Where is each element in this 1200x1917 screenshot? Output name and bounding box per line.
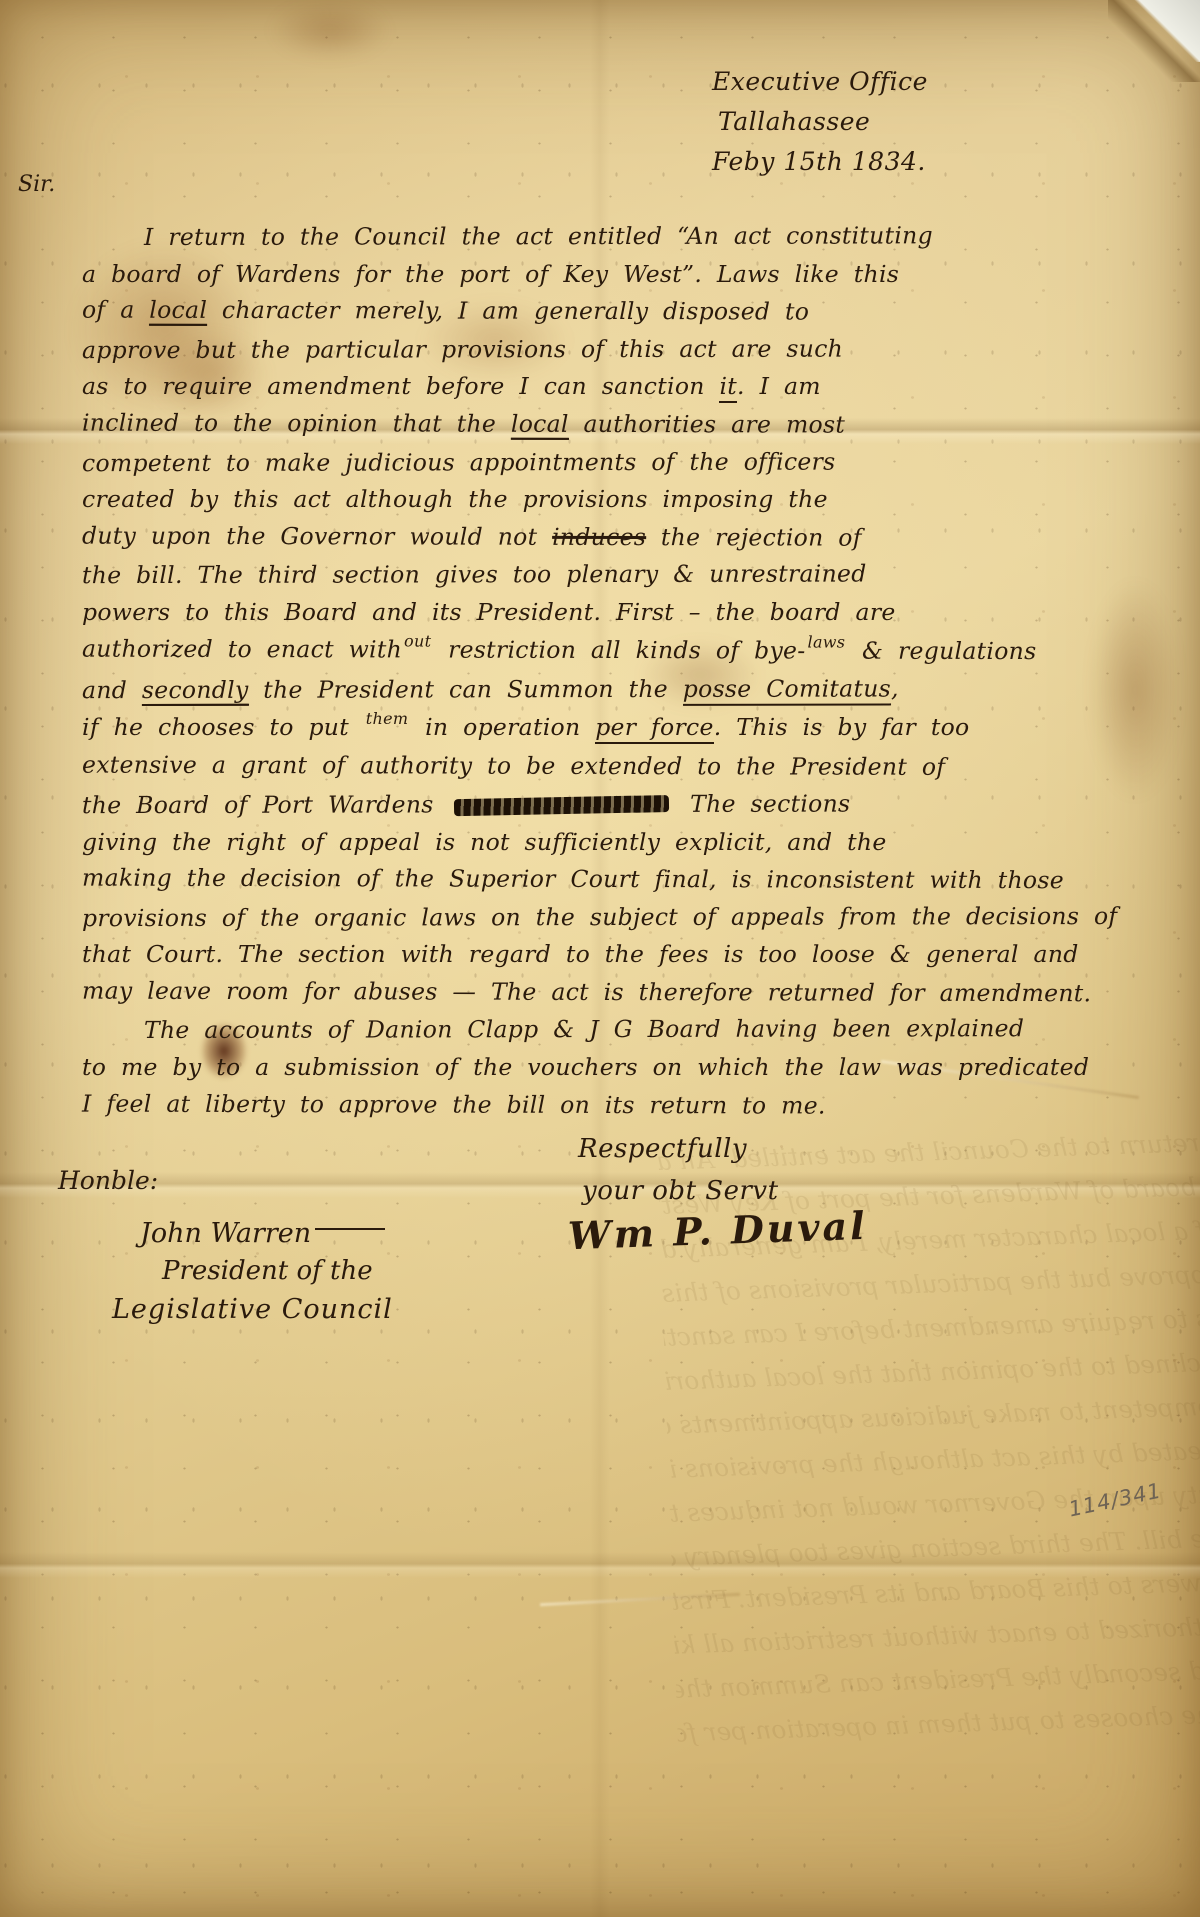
- letter-line: that Court. The section with regard to t…: [82, 936, 1162, 974]
- letter-text-segment: a board of Wardens for the port of Key W…: [82, 260, 899, 288]
- letter-text-segment: local: [511, 410, 569, 440]
- letter-text-segment: posse Comitatus: [683, 675, 891, 706]
- letter-text-segment: as to require amendment before I can san…: [82, 372, 719, 400]
- addressee-name: John Warren: [140, 1218, 385, 1249]
- letter-line: duty upon the Governor would not induces…: [82, 517, 1162, 557]
- letter-text-segment: created by this act although the provisi…: [82, 485, 828, 513]
- letter-text-segment: it: [719, 372, 737, 403]
- letter-text-segment: competent to make judicious appointments…: [82, 447, 836, 477]
- closing-respectfully: Respectfully: [578, 1128, 779, 1170]
- letterhead-date: Feby 15th 1834.: [712, 142, 928, 182]
- letter-text-segment: per force: [595, 713, 714, 744]
- letter-text-segment: that Court. The section with regard to t…: [82, 940, 1079, 968]
- letter-text-segment: the President can Summon the: [248, 675, 682, 704]
- letter-text-segment: the rejection of: [646, 523, 862, 552]
- letter-line: competent to make judicious appointments…: [82, 442, 1162, 482]
- letter-text-segment: & regulations: [847, 636, 1036, 664]
- letter-text-segment: induces: [552, 523, 646, 551]
- letter-line: inclined to the opinion that the local a…: [82, 405, 1162, 445]
- struck-out-illegible-text: [454, 795, 669, 816]
- stain: [270, 0, 390, 60]
- letter-text-segment: the bill. The third section gives too pl…: [82, 560, 867, 590]
- document-photo: I return to the Council the act entitled…: [0, 0, 1200, 1917]
- letter-text-segment: to me by to a submission of the vouchers…: [82, 1053, 1089, 1081]
- addressee-title-line1: President of the: [162, 1256, 373, 1286]
- letter-text-segment: extensive a grant of authority to be ext…: [82, 751, 945, 781]
- letter-body: I return to the Council the act entitled…: [82, 218, 1162, 1124]
- letter-text-segment: restriction all kinds of bye-: [433, 635, 805, 664]
- letter-line: may leave room for abuses — The act is t…: [82, 972, 1162, 1012]
- letter-line: a board of Wardens for the port of Key W…: [82, 256, 1162, 294]
- letter-text-segment: the Board of Port Wardens: [82, 790, 448, 819]
- letter-line: provisions of the organic laws on the su…: [82, 898, 1162, 938]
- letterhead-office: Executive Office: [712, 62, 928, 102]
- letter-line: the bill. The third section gives too pl…: [82, 555, 1162, 595]
- letter-text-segment: local: [149, 296, 207, 326]
- letter-text-segment: ,: [891, 675, 899, 703]
- letter-text-segment: out: [404, 631, 431, 650]
- letterhead-city: Tallahassee: [712, 102, 928, 142]
- letter-text-segment: I return to the Council the act entitled…: [144, 221, 933, 251]
- letter-text-segment: in operation: [410, 713, 595, 741]
- letter-text-segment: authorities are most: [569, 410, 845, 439]
- letter-line: The accounts of Danion Clapp & J G Board…: [82, 1010, 1162, 1050]
- letter-line: giving the right of appeal is not suffic…: [82, 824, 1162, 862]
- letter-line: if he chooses to put them in operation p…: [82, 709, 1162, 749]
- letter-text-segment: giving the right of appeal is not suffic…: [82, 828, 887, 856]
- salutation: Sir.: [18, 172, 55, 197]
- letter-text-segment: The sections: [675, 789, 850, 817]
- closing-block: Respectfully your obt Servt: [578, 1128, 779, 1212]
- letter-line: authorized to enact without restriction …: [82, 630, 1162, 672]
- letter-text-segment: I feel at liberty to approve the bill on…: [82, 1089, 826, 1119]
- letter-text-segment: them: [366, 709, 409, 728]
- letter-text-segment: laws: [808, 632, 846, 651]
- letter-text-segment: making the decision of the Superior Cour…: [82, 864, 1064, 895]
- letterhead: Executive Office Tallahassee Feby 15th 1…: [712, 62, 928, 182]
- letter-text-segment: and: [82, 676, 142, 704]
- letter-text-segment: secondly: [142, 676, 249, 706]
- letter-line: the Board of Port Wardens The sections: [82, 785, 1162, 825]
- letter-line: I feel at liberty to approve the bill on…: [82, 1085, 1162, 1125]
- letter-text-segment: may leave room for abuses — The act is t…: [82, 976, 1091, 1007]
- letter-text-segment: authorized to enact with: [82, 634, 402, 663]
- letter-line: powers to this Board and its President. …: [82, 594, 1162, 632]
- letter-text-segment: approve but the particular provisions of…: [82, 334, 843, 364]
- letter-text-segment: character merely, I am generally dispose…: [207, 296, 809, 326]
- letter-text-segment: . This is by far too: [714, 713, 970, 741]
- letter-line: I return to the Council the act entitled…: [82, 217, 1162, 257]
- letter-text-segment: if he chooses to put: [82, 713, 364, 741]
- addressee-honorific: Honble:: [58, 1166, 158, 1195]
- addressee-title-line2: Legislative Council: [112, 1294, 393, 1325]
- letter-line: and secondly the President can Summon th…: [82, 670, 1162, 710]
- letter-text-segment: . I am: [737, 372, 821, 400]
- closing-servant: your obt Servt: [578, 1170, 779, 1212]
- letter-text-segment: of a: [82, 296, 149, 324]
- letter-text-segment: powers to this Board and its President. …: [82, 598, 896, 626]
- letter-line: to me by to a submission of the vouchers…: [82, 1049, 1162, 1087]
- letter-line: making the decision of the Superior Cour…: [82, 860, 1162, 900]
- letter-text-segment: provisions of the organic laws on the su…: [82, 902, 1117, 932]
- letter-line: extensive a grant of authority to be ext…: [82, 747, 1162, 787]
- corner-fold: [1130, 0, 1200, 62]
- letter-line: of a local character merely, I am genera…: [82, 292, 1162, 332]
- letter-line: created by this act although the provisi…: [82, 481, 1162, 519]
- letter-text-segment: inclined to the opinion that the: [82, 409, 511, 438]
- letter-line: approve but the particular provisions of…: [82, 330, 1162, 370]
- letter-text-segment: duty upon the Governor would not: [82, 521, 552, 550]
- letter-text-segment: The accounts of Danion Clapp & J G Board…: [144, 1015, 1024, 1045]
- letter-line: as to require amendment before I can san…: [82, 368, 1162, 406]
